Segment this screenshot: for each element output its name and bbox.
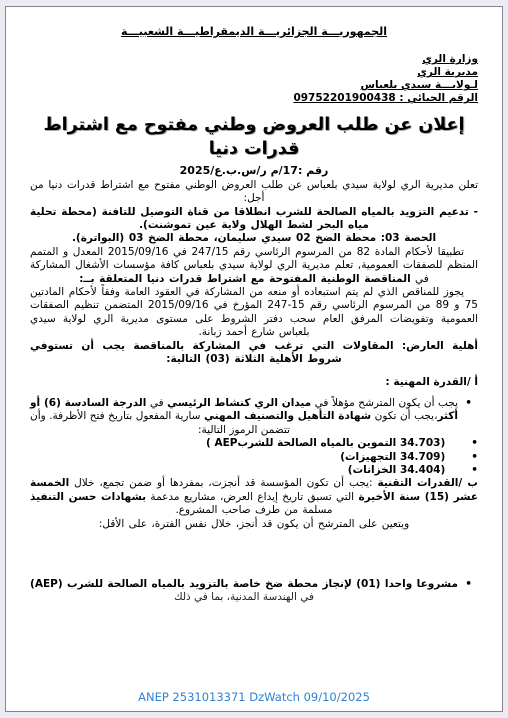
code-item-aep: •(34.703 التموين بالمياه الصالحة للشربAE… <box>170 437 478 450</box>
prof-seg-5: شهادة التأهيل والتصنيف المهني <box>204 410 371 422</box>
bullet-icon: • <box>465 578 472 591</box>
project-object-text: - تدعيم التزويد بالمياه الصالحة للشرب ان… <box>30 206 478 231</box>
tax-id-line: الرقم الجبائي : 09752201900438 <box>30 92 478 105</box>
required-project-tail: في الهندسة المدنية، بما في ذلك <box>174 591 314 603</box>
paragraph-eligibility: أهلية العارض: المقاولات التي ترغب في الم… <box>30 340 478 367</box>
tech-seg-4: بشهادات حسن التنفيذ <box>30 491 146 503</box>
code-item-aep-text: (34.703 التموين بالمياه الصالحة للشربAEP… <box>206 437 445 449</box>
paragraph-same-period: ويتعين على المترشح أن يكون قد أنجز، خلال… <box>30 518 478 531</box>
announcement-title: إعلان عن طلب العروض وطني مفتوح مع اشتراط… <box>30 113 478 161</box>
tech-seg-1: :يجب أن تكون المؤسسة قد أنجزت، بمفردها أ… <box>69 477 377 489</box>
republic-header: الجمهوريـــة الجزائريـــة الديمقراطيـــة… <box>30 25 478 38</box>
bullet-required-project: • مشروعا واحدا (01) لإنجاز محطة ضخ خاصة … <box>30 578 478 605</box>
tax-id-text: الرقم الجبائي : 09752201900438 <box>293 92 478 104</box>
directorate-line: مديرية الري <box>30 66 478 79</box>
tech-seg-3: التي تسبق تاريخ إيداع العرض، مشاريع مدعم… <box>146 491 358 503</box>
bullet-icon: • <box>471 437 478 449</box>
announcement-text: تعلن مديرية الري لولاية سيدي بلعباس عن ط… <box>30 179 478 204</box>
directorate-text: مديرية الري <box>417 66 478 78</box>
anep-footer-link[interactable]: ANEP 2531013371 DzWatch 09/10/2025 <box>6 691 502 704</box>
ministry-line: وزارة الري <box>30 53 478 66</box>
bullet-icon: • <box>471 464 478 476</box>
code-item-reservoirs: •(34.404 الخزانات) <box>170 464 478 477</box>
paragraph-announcement: تعلن مديرية الري لولاية سيدي بلعباس عن ط… <box>30 179 478 206</box>
code-item-reservoirs-text: (34.404 الخزانات) <box>348 464 445 476</box>
wilaya-text: لـولايـــة سيدي بلعباس <box>361 79 479 91</box>
code-item-equipment: •(34.709 التجهيزات) <box>170 451 478 464</box>
paragraph-lot: الحصة 03: محطة الضخ 02 سيدي سليمان، محطة… <box>30 232 478 245</box>
republic-header-text: الجمهوريـــة الجزائريـــة الديمقراطيـــة… <box>121 25 387 38</box>
bullet-icon: • <box>465 397 472 410</box>
code-item-equipment-text: (34.709 التجهيزات) <box>340 451 445 463</box>
same-period-text: ويتعين على المترشح أن يكون قد أنجز، خلال… <box>99 518 409 530</box>
lot-text: الحصة 03: محطة الضخ 02 سيدي سليمان، محطة… <box>72 232 436 244</box>
reference-number: رقم :17/م ر/س.ب.ع/2025 <box>30 164 478 177</box>
bullet-icon: • <box>471 451 478 463</box>
ministry-text: وزارة الري <box>422 53 478 65</box>
bullet-professional-capacity: • يجب أن يكون المترشح مؤهلاً في ميدان ال… <box>30 397 478 437</box>
paragraph-project-object: - تدعيم التزويد بالمياه الصالحة للشرب ان… <box>30 206 478 233</box>
paragraph-decree: تطبيقا لأحكام المادة 82 من المرسوم الرئا… <box>30 246 478 286</box>
qualification-codes-list: •(34.703 التموين بالمياه الصالحة للشربAE… <box>30 437 478 477</box>
required-project-bold: مشروعا واحدا (01) لإنجاز محطة ضخ خاصة با… <box>30 578 458 590</box>
tech-seg-0: ب /القدرات التقنية <box>377 477 478 489</box>
issuer-block: وزارة الري مديرية الري لـولايـــة سيدي ب… <box>30 53 478 105</box>
prof-seg-2: في <box>146 397 167 409</box>
paragraph-technical-capacity: ب /القدرات التقنية :يجب أن تكون المؤسسة … <box>30 477 478 517</box>
tech-seg-5: مسلمة من طرف صاحب المشروع. <box>175 504 332 516</box>
prof-seg-1: ميدان الري كنشاط الرئيسي <box>167 397 311 409</box>
wilaya-line: لـولايـــة سيدي بلعباس <box>30 79 478 92</box>
heading-professional-capacity: أ /القدرة المهنية : <box>30 376 478 389</box>
eligibility-text: أهلية العارض: المقاولات التي ترغب في الم… <box>30 340 478 365</box>
paragraph-allowed-bidders: يجوز للمناقص الذي لم يتم استبعاده أو منع… <box>30 286 478 340</box>
tender-announcement-page: الجمهوريـــة الجزائريـــة الديمقراطيـــة… <box>5 6 503 712</box>
prof-seg-0: يجب أن يكون المترشح مؤهلاً في <box>311 397 458 409</box>
decree-bold-text: المناقصة الوطنية المفتوحة مع اشتراط قدرا… <box>79 273 410 285</box>
prof-seg-4: ،يجب أن تكون <box>371 410 437 422</box>
allowed-bidders-text: يجوز للمناقص الذي لم يتم استبعاده أو منع… <box>30 286 478 338</box>
